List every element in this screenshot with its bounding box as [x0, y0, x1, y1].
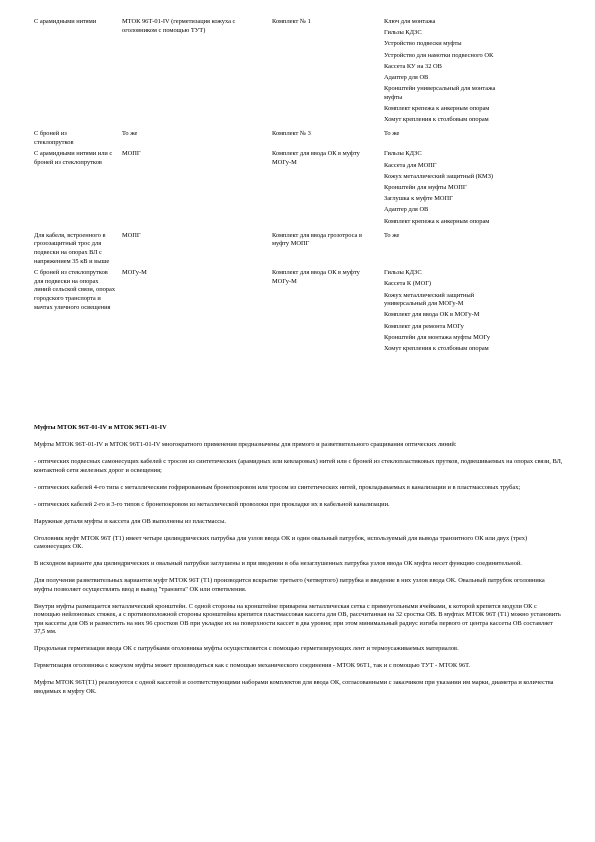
items-cell: То же [384, 130, 574, 147]
item: Комплект для ремонта МОГу [384, 323, 574, 332]
item: Хомут крепления к столбовым опорам [384, 345, 574, 354]
paragraph: - оптических кабелей 4-го типа с металли… [34, 484, 564, 493]
item: Кассета К (МОГ) [384, 280, 574, 289]
paragraph: Муфты МТОК 96Т-01-IV и МТОК 96Т1-01-IV м… [34, 441, 564, 450]
item: Комплект крепежа к анкерным опорам [384, 105, 574, 114]
sleeve-cell: То же [122, 130, 272, 147]
sleeve-cell: МОГу-М [122, 269, 272, 356]
item: То же [384, 130, 574, 139]
section-body: Муфты МТОК 96Т-01-IV и МТОК 96Т1-01-IV М… [34, 424, 564, 705]
item: Комплект для ввода ОК в МОГу-М [384, 311, 574, 320]
items-cell: Ключ для монтажа Гильзы КДЗС Устройство … [384, 18, 574, 127]
paragraph: Для получения разветвительных вариантов … [34, 577, 564, 594]
paragraph: Оголовник муфт МТОК 96Т (Т1) имеет четыр… [34, 535, 564, 552]
item: Адаптер для ОВ [384, 206, 574, 215]
item: Кассета КУ на 32 ОВ [384, 63, 574, 72]
item: Кронштейн универсальный для монтажа муфт… [384, 85, 514, 102]
cable-type-cell: С броней из стеклопрутков для подвески н… [34, 269, 122, 356]
paragraph: Внутри муфты размещается металлический к… [34, 603, 564, 637]
table-row: С броней из стеклопрутков для подвески н… [34, 269, 574, 356]
cable-type-cell: С арамидными нитями или с броней из стек… [34, 150, 122, 228]
paragraph: - оптических кабелей 2-го и 3-го типов с… [34, 501, 564, 510]
item: Гильзы КДЗС [384, 29, 574, 38]
item: Устройство для намотки подвесного ОК [384, 52, 574, 61]
item: То же [384, 232, 574, 241]
item: Заглушка к муфте МОПГ [384, 195, 574, 204]
item: Хомут крепления к столбовым опорам [384, 116, 574, 125]
item: Кожух металлический защитный (КМЗ) [384, 173, 574, 182]
sleeve-cell: МОПГ [122, 232, 272, 266]
kit-cell: Комплект для ввода ОК в муфту МОГу-М [272, 150, 384, 228]
paragraph: Наружные детали муфты и кассета для ОВ в… [34, 518, 564, 527]
paragraph: Муфты МТОК 96Т(Т1) реализуются с одной к… [34, 679, 564, 696]
table-row: С арамидными нитями МТОК 96Т-01-IV (герм… [34, 18, 574, 127]
item: Ключ для монтажа [384, 18, 574, 27]
item: Кронштейн для муфты МОПГ [384, 184, 574, 193]
section-heading: Муфты МТОК 96Т-01-IV и МТОК 96Т1-01-IV [34, 424, 564, 433]
cable-type-cell: С арамидными нитями [34, 18, 122, 127]
item: Кассета для МОПГ [384, 162, 574, 171]
paragraph: В исходном варианте два цилиндрических и… [34, 560, 564, 569]
sleeve-cell: МТОК 96Т-01-IV (герметизация кожуха с ог… [122, 18, 272, 127]
items-cell: То же [384, 232, 574, 266]
paragraph: - оптических подвесных самонесущих кабел… [34, 458, 564, 475]
kit-cell: Комплект для ввода грозотроса в муфту МО… [272, 232, 384, 266]
paragraph: Продольная герметизация ввода ОК с патру… [34, 645, 564, 654]
table-row: С арамидными нитями или с броней из стек… [34, 150, 574, 228]
item: Гильзы КДЗС [384, 269, 574, 278]
item: Кронштейн для монтажа муфты МОГу [384, 334, 574, 343]
table-row: Для кабеля, встроенного в грозозащитный … [34, 232, 574, 266]
sleeve-cell: МОПГ [122, 150, 272, 228]
item: Кожух металлический защитный универсальн… [384, 292, 514, 309]
paragraph: Герметизация оголовника с кожухом муфты … [34, 662, 564, 671]
kit-cell: Комплект № 1 [272, 18, 384, 127]
cable-type-cell: С броней из стеклопрутков [34, 130, 122, 147]
components-table: С арамидными нитями МТОК 96Т-01-IV (герм… [34, 18, 574, 359]
items-cell: Гильзы КДЗС Кассета К (МОГ) Кожух металл… [384, 269, 574, 356]
items-cell: Гильзы КДЗС Кассета для МОПГ Кожух метал… [384, 150, 574, 228]
kit-cell: Комплект для ввода ОК в муфту МОГу-М [272, 269, 384, 356]
item: Комплект крепежа к анкерным опорам [384, 218, 574, 227]
cable-type-cell: Для кабеля, встроенного в грозозащитный … [34, 232, 122, 266]
table-row: С броней из стеклопрутков То же Комплект… [34, 130, 574, 147]
item: Устройство подвески муфты [384, 40, 574, 49]
kit-cell: Комплект № 3 [272, 130, 384, 147]
item: Гильзы КДЗС [384, 150, 574, 159]
item: Адаптер для ОВ [384, 74, 574, 83]
